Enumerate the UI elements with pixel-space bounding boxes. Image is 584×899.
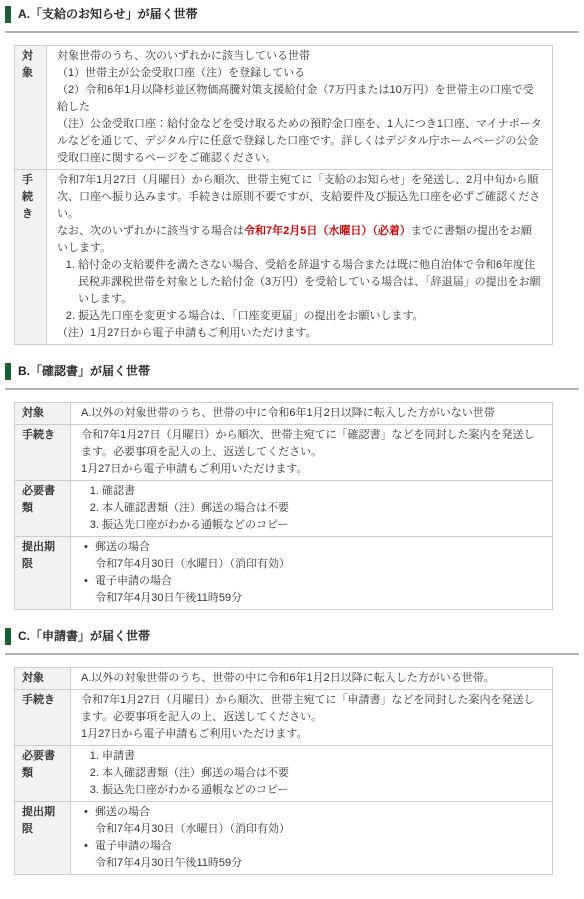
section-divider (5, 388, 579, 390)
deadline-list: • 郵送の場合 令和7年4月30日（水曜日）（消印有効） • 電子申請の場合 令… (81, 539, 542, 607)
deadline-item: • 郵送の場合 令和7年4月30日（水曜日）（消印有効） (81, 539, 542, 573)
list-item: 給付金の支給要件を満たさない場合、受給を辞退する場合または既に他自治体で令和6年… (78, 257, 542, 308)
row-label-procedure: 手続き (15, 690, 71, 746)
green-accent-bar (5, 6, 11, 23)
list-item: 本人確認書類（注）郵送の場合は不要 (102, 765, 542, 782)
row-content-deadline: • 郵送の場合 令和7年4月30日（水曜日）（消印有効） • 電子申請の場合 令… (71, 537, 553, 610)
deadline-item-detail: 令和7年4月30日午後11時59分 (95, 590, 542, 607)
row-content-procedure: 令和7年1月27日（月曜日）から順次、世帯主宛てに「申請書」などを同封した案内を… (71, 690, 553, 746)
section-c-title: C.「申請書」が届く世帯 (18, 628, 150, 645)
list-item: 振込先口座を変更する場合は、「口座変更届」の提出をお願いします。 (78, 308, 542, 325)
bullet-icon: • (84, 573, 88, 590)
section-c: C.「申請書」が届く世帯 対象 A.以外の対象世帯のうち、世帯の中に令和6年1月… (5, 628, 579, 875)
deadline-highlight: 令和7年2月5日（水曜日）（必着） (244, 225, 411, 237)
section-divider (5, 31, 579, 33)
row-content-documents: 確認書 本人確認書類（注）郵送の場合は不要 振込先口座がわかる通帳などのコピー (71, 481, 553, 537)
section-b-title: B.「確認書」が届く世帯 (18, 363, 150, 380)
section-divider (5, 653, 579, 655)
table-row-target: 対象 A.以外の対象世帯のうち、世帯の中に令和6年1月2日以降に転入した方がいな… (15, 403, 553, 425)
paragraph: 対象世帯のうち、次のいずれかに該当している世帯 (57, 48, 542, 65)
paragraph: （1）世帯主が公金受取口座（注）を登録している (57, 65, 542, 82)
paragraph: 1月27日から電子申請もご利用いただけます。 (81, 726, 542, 743)
paragraph: （2）令和6年1月以降杉並区物価高騰対策支援給付金（7万円または10万円）を世帯… (57, 82, 542, 116)
row-content-target: 対象世帯のうち、次のいずれかに該当している世帯 （1）世帯主が公金受取口座（注）… (47, 46, 553, 170)
deadline-prefix: なお、次のいずれかに該当する場合は (57, 225, 244, 237)
section-c-table: 対象 A.以外の対象世帯のうち、世帯の中に令和6年1月2日以降に転入した方がいる… (14, 667, 553, 875)
table-row-procedure: 手続き 令和7年1月27日（月曜日）から順次、世帯主宛てに「申請書」などを同封し… (15, 690, 553, 746)
deadline-item-title: 郵送の場合 (95, 804, 542, 821)
list-item: 本人確認書類（注）郵送の場合は不要 (102, 500, 542, 517)
row-content-target: A.以外の対象世帯のうち、世帯の中に令和6年1月2日以降に転入した方がいない世帯 (71, 403, 553, 425)
section-a-heading: A.「支給のお知らせ」が届く世帯 (5, 6, 579, 23)
documents-list: 確認書 本人確認書類（注）郵送の場合は不要 振込先口座がわかる通帳などのコピー (81, 483, 542, 534)
bullet-icon: • (84, 539, 88, 556)
table-row-procedure: 手続き 令和7年1月27日（月曜日）から順次、世帯主宛てに「支給のお知らせ」を発… (15, 170, 553, 345)
row-label-documents: 必要書類 (15, 481, 71, 537)
deadline-item-title: 郵送の場合 (95, 539, 542, 556)
row-content-procedure: 令和7年1月27日（月曜日）から順次、世帯主宛てに「確認書」などを同封した案内を… (71, 425, 553, 481)
row-label-deadline: 提出期限 (15, 537, 71, 610)
paragraph: （注）公金受取口座：給付金などを受け取るための預貯金口座を、1人につき1口座、マ… (57, 116, 542, 167)
deadline-item: • 電子申請の場合 令和7年4月30日午後11時59分 (81, 573, 542, 607)
table-row-documents: 必要書類 確認書 本人確認書類（注）郵送の場合は不要 振込先口座がわかる通帳など… (15, 481, 553, 537)
section-c-heading: C.「申請書」が届く世帯 (5, 628, 579, 645)
green-accent-bar (5, 628, 11, 645)
row-content-procedure: 令和7年1月27日（月曜日）から順次、世帯主宛てに「支給のお知らせ」を発送し、2… (47, 170, 553, 345)
list-item: 振込先口座がわかる通帳などのコピー (102, 782, 542, 799)
list-item: 確認書 (102, 483, 542, 500)
paragraph-note: （注）1月27日から電子申請もご利用いただけます。 (57, 325, 542, 342)
page: A.「支給のお知らせ」が届く世帯 対象 対象世帯のうち、次のいずれかに該当してい… (5, 6, 579, 875)
section-b-heading: B.「確認書」が届く世帯 (5, 363, 579, 380)
deadline-item-title: 電子申請の場合 (95, 838, 542, 855)
row-label-procedure: 手続き (15, 425, 71, 481)
bullet-icon: • (84, 838, 88, 855)
green-accent-bar (5, 363, 11, 380)
deadline-item: • 電子申請の場合 令和7年4月30日午後11時59分 (81, 838, 542, 872)
row-label-target: 対象 (15, 403, 71, 425)
bullet-icon: • (84, 804, 88, 821)
table-row-target: 対象 A.以外の対象世帯のうち、世帯の中に令和6年1月2日以降に転入した方がいる… (15, 668, 553, 690)
row-label-documents: 必要書類 (15, 746, 71, 802)
row-label-target: 対象 (15, 46, 47, 170)
deadline-item-detail: 令和7年4月30日（水曜日）（消印有効） (95, 821, 542, 838)
paragraph: 令和7年1月27日（月曜日）から順次、世帯主宛てに「支給のお知らせ」を発送し、2… (57, 172, 542, 223)
deadline-item: • 郵送の場合 令和7年4月30日（水曜日）（消印有効） (81, 804, 542, 838)
paragraph: A.以外の対象世帯のうち、世帯の中に令和6年1月2日以降に転入した方がいない世帯 (81, 405, 542, 422)
row-label-procedure: 手続き (15, 170, 47, 345)
paragraph: 1月27日から電子申請もご利用いただけます。 (81, 461, 542, 478)
deadline-item-detail: 令和7年4月30日午後11時59分 (95, 855, 542, 872)
table-row-target: 対象 対象世帯のうち、次のいずれかに該当している世帯 （1）世帯主が公金受取口座… (15, 46, 553, 170)
paragraph: A.以外の対象世帯のうち、世帯の中に令和6年1月2日以降に転入した方がいる世帯。 (81, 670, 542, 687)
row-label-target: 対象 (15, 668, 71, 690)
table-row-deadline: 提出期限 • 郵送の場合 令和7年4月30日（水曜日）（消印有効） • 電子申請… (15, 802, 553, 875)
table-row-deadline: 提出期限 • 郵送の場合 令和7年4月30日（水曜日）（消印有効） • 電子申請… (15, 537, 553, 610)
row-content-documents: 申請書 本人確認書類（注）郵送の場合は不要 振込先口座がわかる通帳などのコピー (71, 746, 553, 802)
section-b: B.「確認書」が届く世帯 対象 A.以外の対象世帯のうち、世帯の中に令和6年1月… (5, 363, 579, 610)
section-a-title: A.「支給のお知らせ」が届く世帯 (18, 6, 198, 23)
row-label-deadline: 提出期限 (15, 802, 71, 875)
deadline-item-detail: 令和7年4月30日（水曜日）（消印有効） (95, 556, 542, 573)
section-a-table: 対象 対象世帯のうち、次のいずれかに該当している世帯 （1）世帯主が公金受取口座… (14, 45, 553, 345)
list-item: 申請書 (102, 748, 542, 765)
section-b-table: 対象 A.以外の対象世帯のうち、世帯の中に令和6年1月2日以降に転入した方がいな… (14, 402, 553, 610)
list-item: 振込先口座がわかる通帳などのコピー (102, 517, 542, 534)
section-a: A.「支給のお知らせ」が届く世帯 対象 対象世帯のうち、次のいずれかに該当してい… (5, 6, 579, 345)
table-row-procedure: 手続き 令和7年1月27日（月曜日）から順次、世帯主宛てに「確認書」などを同封し… (15, 425, 553, 481)
documents-list: 申請書 本人確認書類（注）郵送の場合は不要 振込先口座がわかる通帳などのコピー (81, 748, 542, 799)
deadline-list: • 郵送の場合 令和7年4月30日（水曜日）（消印有効） • 電子申請の場合 令… (81, 804, 542, 872)
paragraph: 令和7年1月27日（月曜日）から順次、世帯主宛てに「確認書」などを同封した案内を… (81, 427, 542, 461)
paragraph-with-deadline: なお、次のいずれかに該当する場合は令和7年2月5日（水曜日）（必着）までに書類の… (57, 223, 542, 257)
row-content-target: A.以外の対象世帯のうち、世帯の中に令和6年1月2日以降に転入した方がいる世帯。 (71, 668, 553, 690)
paragraph: 令和7年1月27日（月曜日）から順次、世帯主宛てに「申請書」などを同封した案内を… (81, 692, 542, 726)
row-content-deadline: • 郵送の場合 令和7年4月30日（水曜日）（消印有効） • 電子申請の場合 令… (71, 802, 553, 875)
table-row-documents: 必要書類 申請書 本人確認書類（注）郵送の場合は不要 振込先口座がわかる通帳など… (15, 746, 553, 802)
procedure-cases-list: 給付金の支給要件を満たさない場合、受給を辞退する場合または既に他自治体で令和6年… (57, 257, 542, 325)
deadline-item-title: 電子申請の場合 (95, 573, 542, 590)
